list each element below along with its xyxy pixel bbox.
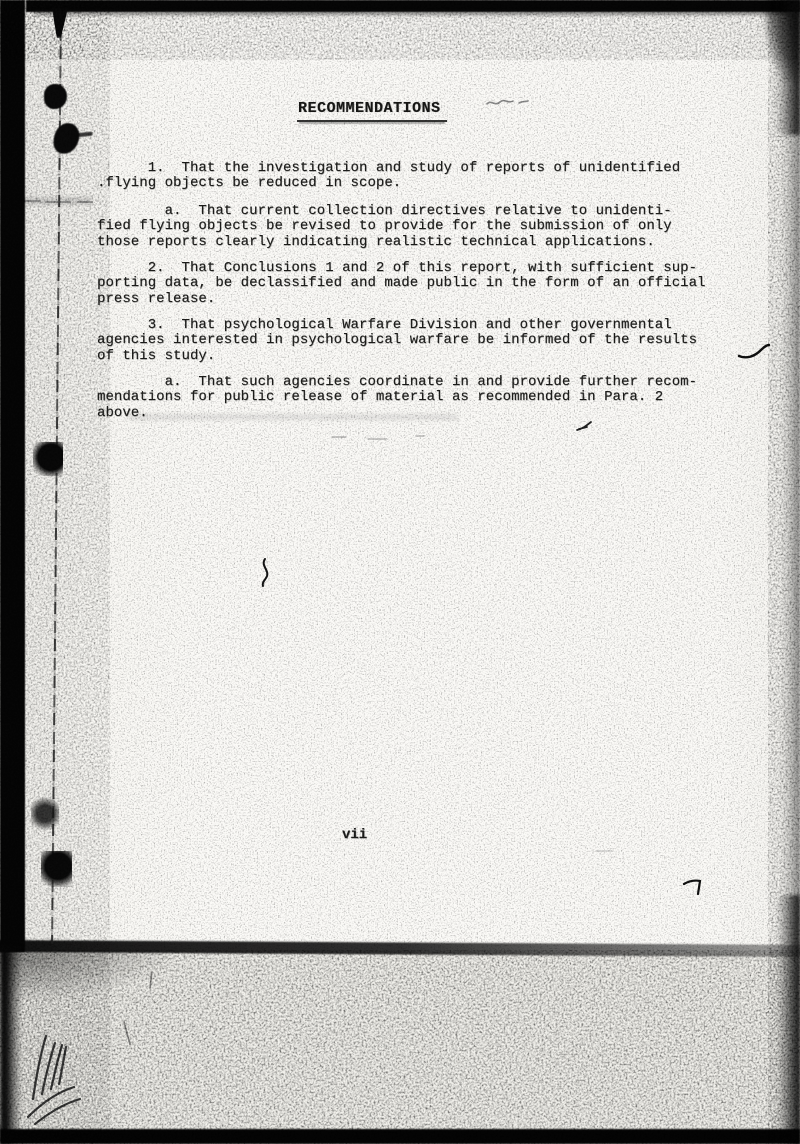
- punch-hole-mark-4: [31, 797, 59, 830]
- scan-edge-left-lower: [0, 946, 22, 1144]
- scanned-document-page: RECOMMENDATIONS 1. That the investigatio…: [0, 0, 800, 1144]
- paragraph-recommendation-3: 3. That psychological Warfare Division a…: [97, 318, 737, 364]
- scan-edge-right-bottom: [776, 895, 800, 1144]
- punch-hole-mark-3: [33, 442, 63, 476]
- page-number: vii: [342, 827, 367, 843]
- scan-edge-bottom: [0, 1129, 800, 1144]
- page-bottom-shadow-smudge: [0, 950, 180, 1002]
- scan-edge-left: [0, 0, 25, 952]
- paragraph-recommendation-3a: a. That such agencies coordinate in and …: [97, 375, 737, 421]
- paragraph-recommendation-2: 2. That Conclusions 1 and 2 of this repo…: [97, 261, 737, 307]
- paragraph-recommendation-1: 1. That the investigation and study of r…: [97, 161, 737, 192]
- scan-edge-top-smudge: [34, 11, 790, 15]
- paper-background: [0, 0, 800, 953]
- scan-edge-right-top: [774, 0, 800, 135]
- page-heading: RECOMMENDATIONS: [297, 100, 447, 122]
- paragraph-recommendation-1a: a. That current collection directives re…: [97, 204, 737, 250]
- punch-hole-mark-5: [41, 851, 72, 887]
